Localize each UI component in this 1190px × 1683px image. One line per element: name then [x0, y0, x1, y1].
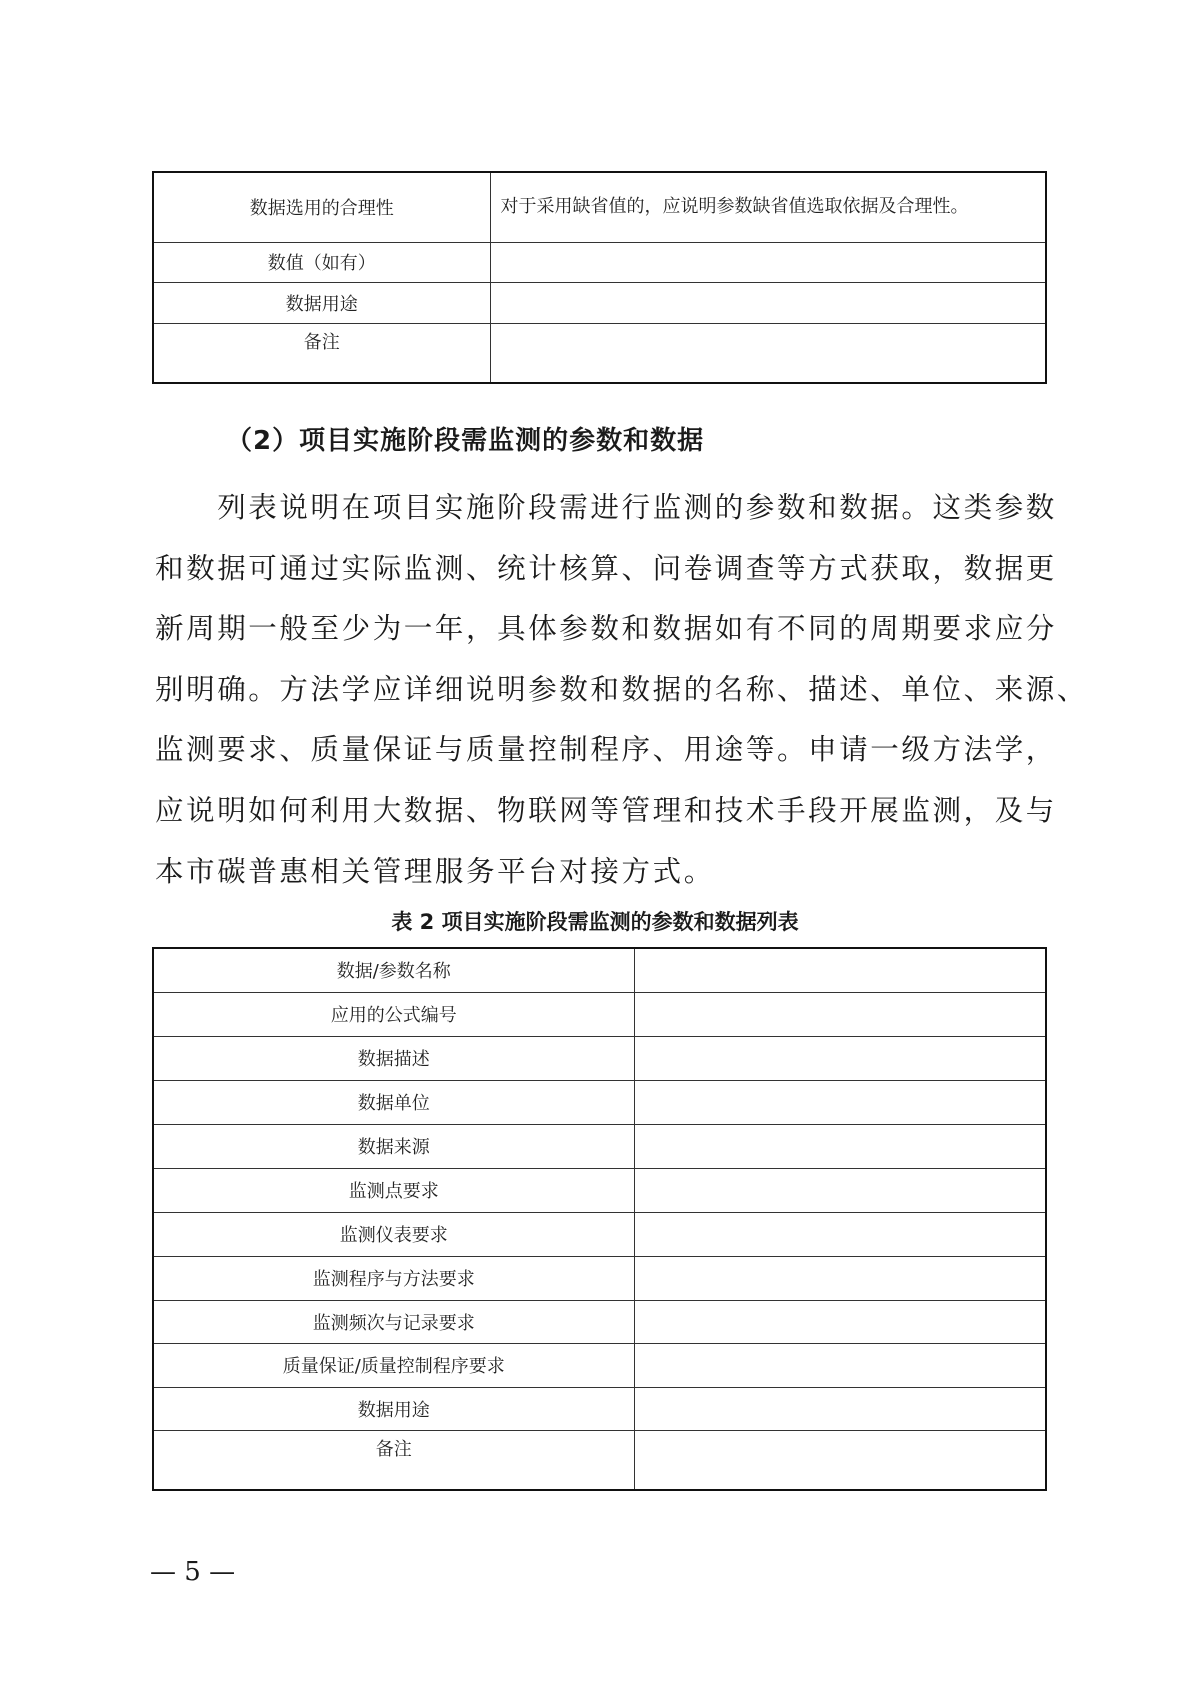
row-value: [634, 948, 1046, 992]
parameter-table-1-continued: 数据选用的合理性 对于采用缺省值的，应说明参数缺省值选取依据及合理性。 数值（如…: [152, 171, 1047, 384]
row-label: 数据单位: [153, 1080, 634, 1124]
table-row: 监测频次与记录要求: [153, 1300, 1046, 1343]
table-row: 监测程序与方法要求: [153, 1256, 1046, 1300]
table-row: 数据选用的合理性 对于采用缺省值的，应说明参数缺省值选取依据及合理性。: [153, 172, 1046, 242]
paragraph-line: 应说明如何利用大数据、物联网等管理和技术手段开展监测，及与: [155, 781, 1045, 842]
row-value: [634, 992, 1046, 1036]
row-value: [634, 1387, 1046, 1430]
row-label: 数据选用的合理性: [153, 172, 490, 242]
paragraph-line: 列表说明在项目实施阶段需进行监测的参数和数据。这类参数: [155, 478, 1045, 539]
row-label: 数据描述: [153, 1036, 634, 1080]
row-value: [634, 1256, 1046, 1300]
table-row: 监测点要求: [153, 1168, 1046, 1212]
table-row: 数值（如有）: [153, 242, 1046, 282]
row-label: 监测点要求: [153, 1168, 634, 1212]
section-heading: （2）项目实施阶段需监测的参数和数据: [226, 420, 704, 457]
row-label: 备注: [153, 323, 490, 383]
row-label: 质量保证/质量控制程序要求: [153, 1343, 634, 1387]
table-row: 数据/参数名称: [153, 948, 1046, 992]
row-value: [634, 1036, 1046, 1080]
row-label: 备注: [153, 1430, 634, 1490]
paragraph-line: 监测要求、质量保证与质量控制程序、用途等。申请一级方法学，: [155, 720, 1045, 781]
row-value: [634, 1212, 1046, 1256]
paragraph-line: 新周期一般至少为一年，具体参数和数据如有不同的周期要求应分: [155, 599, 1045, 660]
table-row: 数据单位: [153, 1080, 1046, 1124]
row-label: 监测仪表要求: [153, 1212, 634, 1256]
row-label: 数据用途: [153, 1387, 634, 1430]
table-row: 应用的公式编号: [153, 992, 1046, 1036]
table-row: 数据来源: [153, 1124, 1046, 1168]
row-label: 监测程序与方法要求: [153, 1256, 634, 1300]
row-value: [634, 1343, 1046, 1387]
row-label: 数据用途: [153, 282, 490, 323]
row-value: [634, 1300, 1046, 1343]
monitoring-parameter-table: 数据/参数名称 应用的公式编号 数据描述 数据单位 数据来源 监测点要求 监测仪…: [152, 947, 1047, 1491]
table-row: 备注: [153, 1430, 1046, 1490]
body-paragraph: 列表说明在项目实施阶段需进行监测的参数和数据。这类参数 和数据可通过实际监测、统…: [155, 478, 1045, 902]
row-value: [490, 242, 1046, 282]
table-row: 数据用途: [153, 282, 1046, 323]
table-row: 数据用途: [153, 1387, 1046, 1430]
row-label: 应用的公式编号: [153, 992, 634, 1036]
paragraph-line: 本市碳普惠相关管理服务平台对接方式。: [155, 842, 1045, 903]
paragraph-line: 别明确。方法学应详细说明参数和数据的名称、描述、单位、来源、: [155, 660, 1045, 721]
row-label: 数据来源: [153, 1124, 634, 1168]
row-value: [634, 1124, 1046, 1168]
table-row: 备注: [153, 323, 1046, 383]
table-row: 监测仪表要求: [153, 1212, 1046, 1256]
row-label: 数值（如有）: [153, 242, 490, 282]
row-value: [634, 1430, 1046, 1490]
table-caption: 表 2 项目实施阶段需监测的参数和数据列表: [0, 906, 1190, 936]
table-row: 数据描述: [153, 1036, 1046, 1080]
row-label: 数据/参数名称: [153, 948, 634, 992]
page-number: — 5 —: [150, 1557, 235, 1587]
table-row: 质量保证/质量控制程序要求: [153, 1343, 1046, 1387]
row-value: [634, 1080, 1046, 1124]
row-value: 对于采用缺省值的，应说明参数缺省值选取依据及合理性。: [490, 172, 1046, 242]
row-label: 监测频次与记录要求: [153, 1300, 634, 1343]
row-value: [634, 1168, 1046, 1212]
row-value: [490, 282, 1046, 323]
paragraph-line: 和数据可通过实际监测、统计核算、问卷调查等方式获取，数据更: [155, 539, 1045, 600]
row-value: [490, 323, 1046, 383]
